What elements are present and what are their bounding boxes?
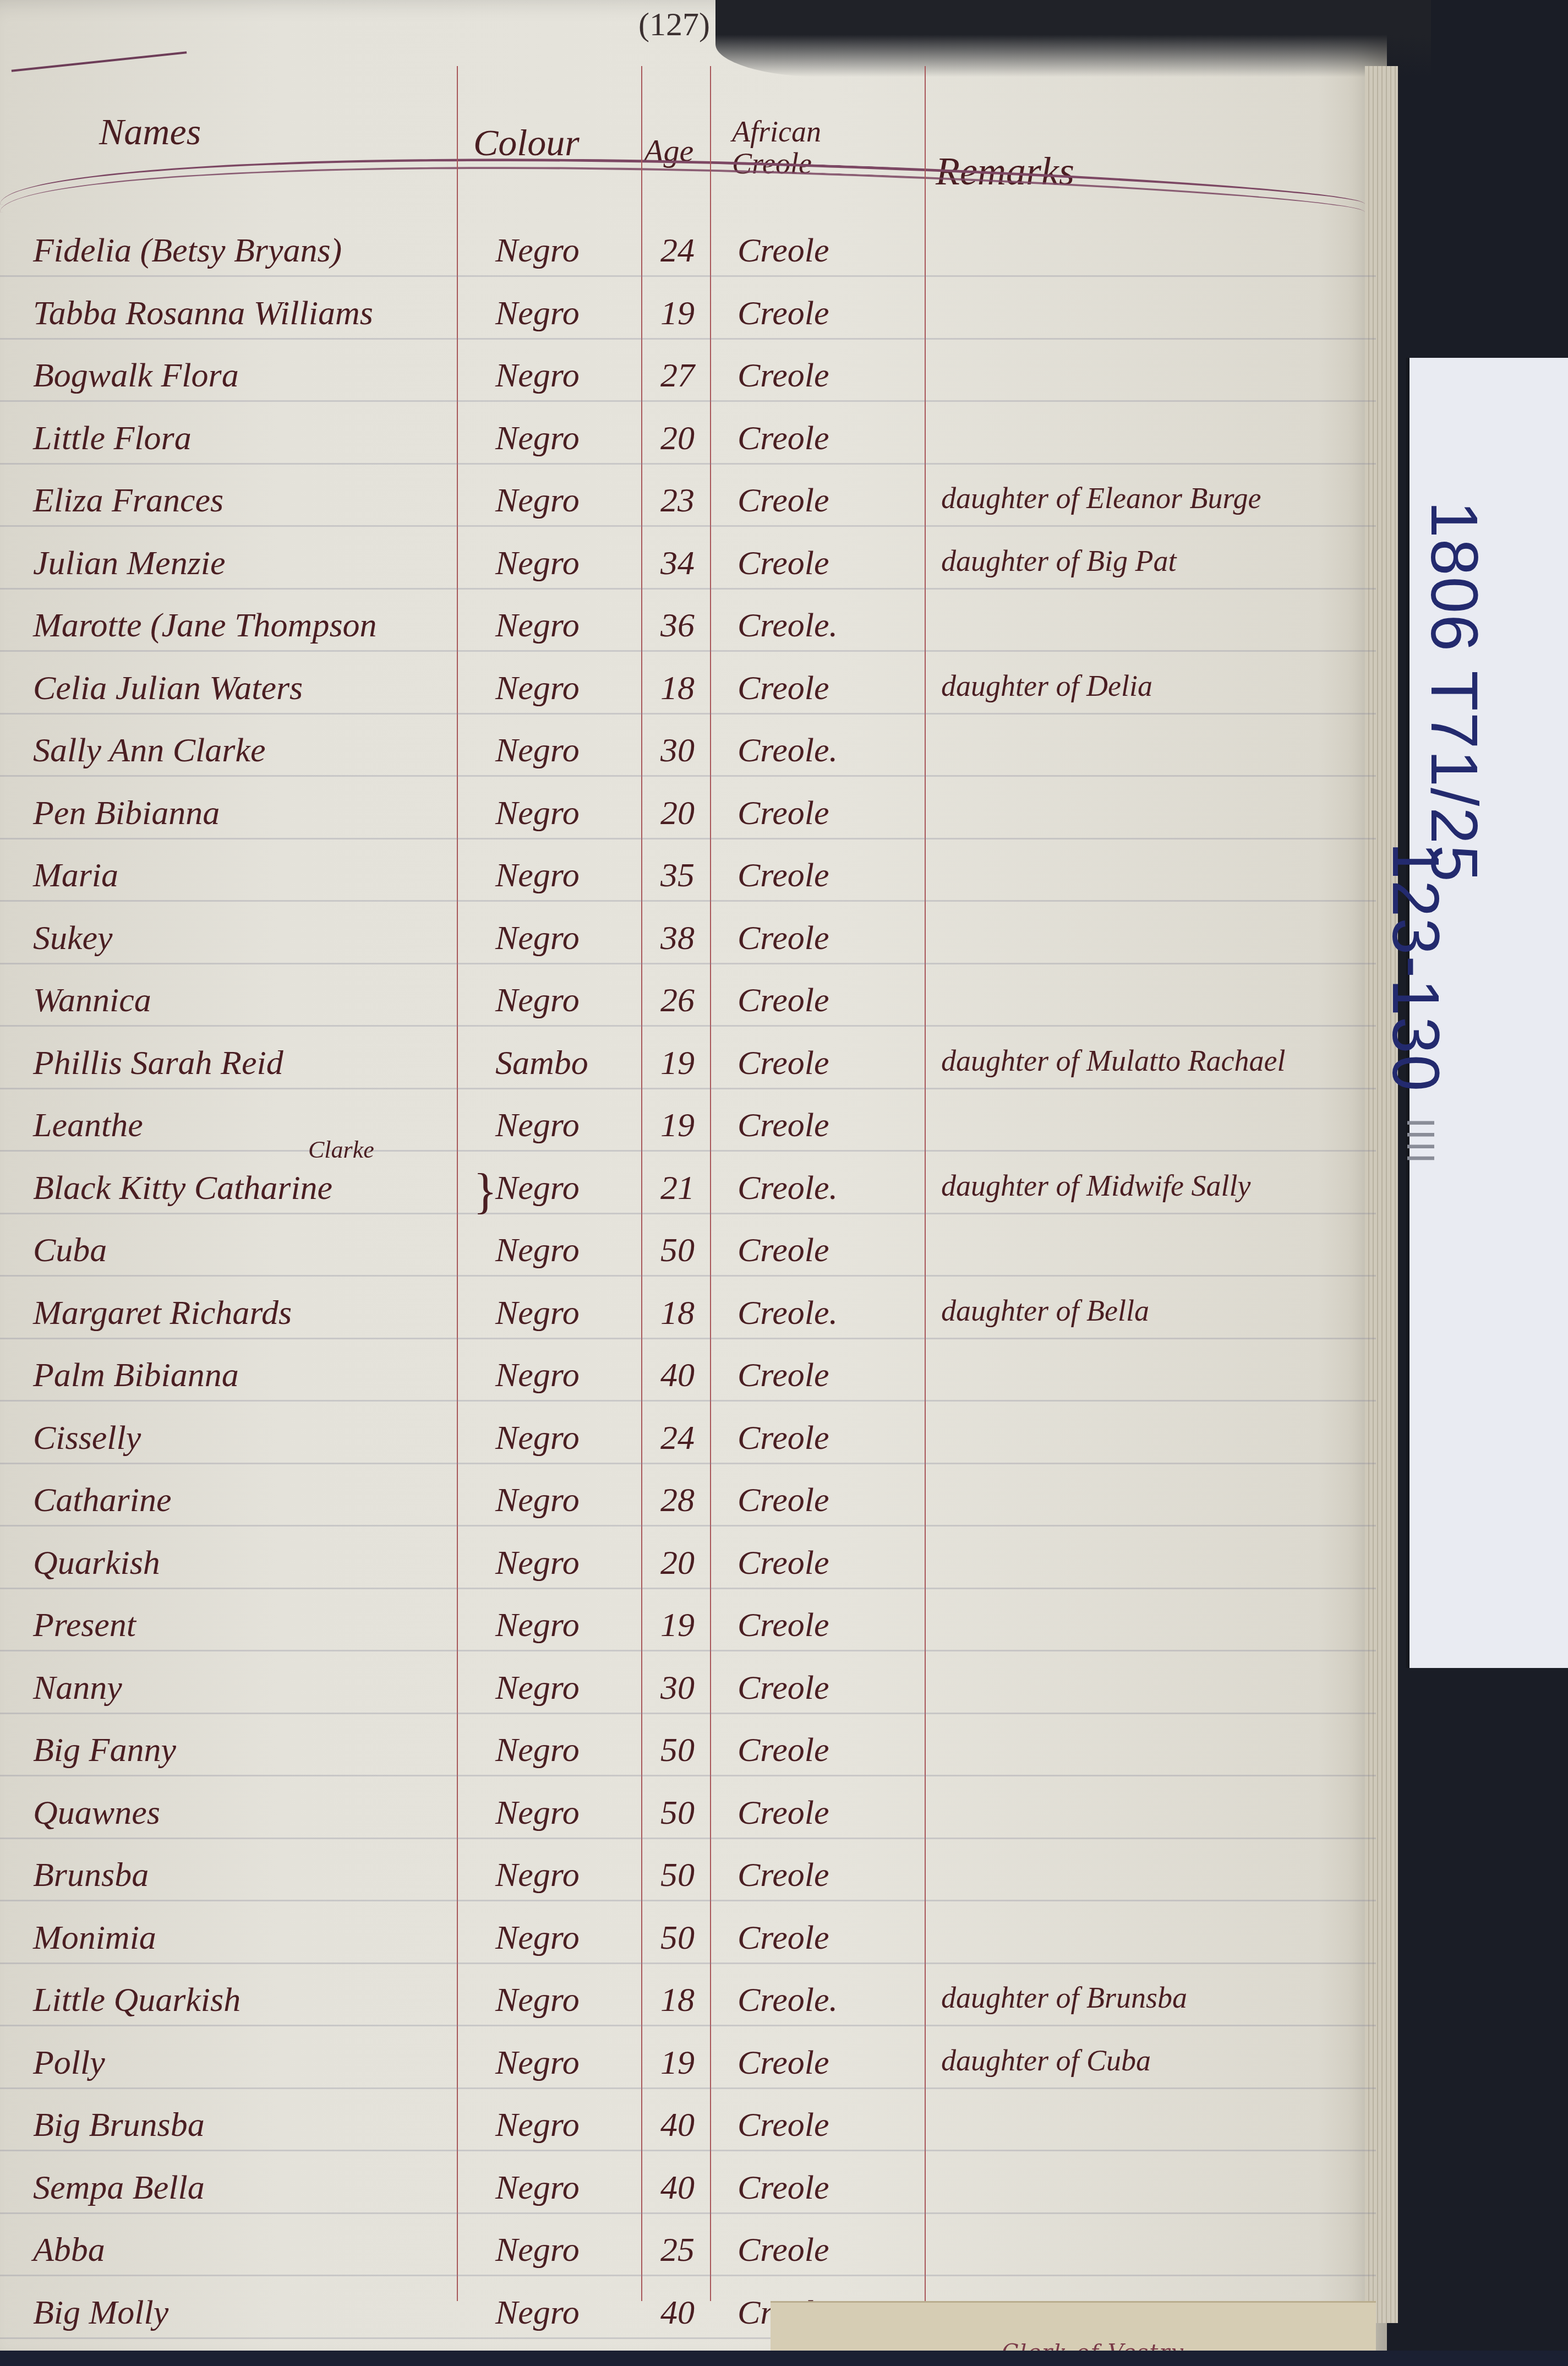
entry-name: Little Quarkish (33, 1981, 241, 2020)
page-torn-top (715, 0, 1431, 77)
entry-colour: Negro (495, 606, 580, 645)
entry-name: Palm Bibianna (33, 1356, 239, 1395)
entry-age: 50 (660, 1231, 695, 1270)
entry-colour: Negro (495, 1856, 580, 1895)
table-row: WannicaNegro26Creole (0, 981, 1376, 1042)
entry-name: Polly (33, 2043, 105, 2082)
table-row: Palm BibiannaNegro40Creole (0, 1356, 1376, 1416)
entry-age: 40 (660, 2106, 695, 2145)
entry-name: Big Molly (33, 2293, 168, 2332)
entry-remark: daughter of Midwife Sally (941, 1169, 1250, 1203)
page-number: (127) (638, 6, 710, 43)
entry-origin: Creole (737, 2106, 829, 2145)
entry-name: Black Kitty Catharine (33, 1169, 332, 1208)
entry-age: 20 (660, 419, 695, 458)
table-row: CatharineNegro28Creole (0, 1481, 1376, 1541)
entry-name: Wannica (33, 981, 151, 1020)
entry-origin: Creole (737, 2168, 829, 2207)
entry-colour: Negro (495, 2293, 580, 2332)
entry-colour: Negro (495, 1231, 580, 1270)
entry-colour: Negro (495, 419, 580, 458)
entry-age: 18 (660, 1294, 695, 1333)
table-row: Julian MenzieNegro34Creoledaughter of Bi… (0, 544, 1376, 604)
entry-remark: daughter of Bella (941, 1294, 1149, 1328)
entry-name: Tabba Rosanna Williams (33, 294, 373, 333)
table-row: Sempa BellaNegro40Creole (0, 2168, 1376, 2229)
entry-age: 19 (660, 1044, 695, 1083)
entry-origin: Creole (737, 544, 829, 583)
entry-age: 50 (660, 1731, 695, 1770)
entry-origin: Creole (737, 1669, 829, 1708)
entry-colour: Negro (495, 1669, 580, 1708)
table-row: Marotte (Jane ThompsonNegro36Creole. (0, 606, 1376, 667)
entry-colour: Negro (495, 2168, 580, 2207)
entry-age: 34 (660, 544, 695, 583)
table-row: Big FannyNegro50Creole (0, 1731, 1376, 1791)
entry-origin: Creole (737, 1731, 829, 1770)
entry-colour: Negro (495, 919, 580, 958)
entry-name: Eliza Frances (33, 481, 223, 520)
entry-origin: Creole (737, 919, 829, 958)
entry-name: Cuba (33, 1231, 107, 1270)
entry-origin: Creole (737, 2231, 829, 2270)
entry-origin: Creole. (737, 731, 838, 770)
column-header-names: Names (99, 110, 201, 154)
header-flourish (12, 51, 187, 72)
table-row: Little FloraNegro20Creole (0, 419, 1376, 479)
entry-origin: Creole (737, 856, 829, 895)
entry-origin: Creole. (737, 1981, 838, 2020)
entry-colour: Negro (495, 1481, 580, 1520)
register-page: (127) Names Colour Age African Creole Re… (0, 0, 1387, 2366)
entry-colour: Negro (495, 2043, 580, 2082)
entry-remark: daughter of Big Pat (941, 544, 1176, 578)
entry-colour: Negro (495, 231, 580, 270)
table-row: BrunsbaNegro50Creole (0, 1856, 1376, 1916)
entry-age: 35 (660, 856, 695, 895)
entry-name: Present (33, 1606, 136, 1645)
entry-name: Maria (33, 856, 118, 895)
entry-colour: Negro (495, 794, 580, 833)
table-row: Margaret RichardsNegro18Creole.daughter … (0, 1294, 1376, 1354)
entry-origin: Creole (737, 1606, 829, 1645)
entry-colour: Negro (495, 1356, 580, 1395)
entry-name: Quawnes (33, 1793, 160, 1833)
entry-age: 27 (660, 356, 695, 395)
table-row: SukeyNegro38Creole (0, 919, 1376, 979)
entry-name: Sally Ann Clarke (33, 731, 265, 770)
entry-origin: Creole (737, 231, 829, 270)
entry-age: 50 (660, 1856, 695, 1895)
entry-colour: Negro (495, 731, 580, 770)
entry-name: Marotte (Jane Thompson (33, 606, 377, 645)
table-row: Bogwalk FloraNegro27Creole (0, 356, 1376, 417)
entry-remark: daughter of Brunsba (941, 1981, 1187, 2015)
entry-age: 24 (660, 1419, 695, 1458)
entry-age: 18 (660, 669, 695, 708)
entry-age: 23 (660, 481, 695, 520)
entry-name: Pen Bibianna (33, 794, 220, 833)
background-surface (0, 2351, 1568, 2366)
entry-colour: Negro (495, 1606, 580, 1645)
entry-colour: Negro (495, 1106, 580, 1145)
entry-colour: Negro (495, 2231, 580, 2270)
entry-age: 20 (660, 794, 695, 833)
table-row: Celia Julian WatersNegro18Creoledaughter… (0, 669, 1376, 729)
entry-origin: Creole. (737, 606, 838, 645)
entry-name: Fidelia (Betsy Bryans) (33, 231, 342, 270)
entry-name: Abba (33, 2231, 105, 2270)
entry-age: 19 (660, 1106, 695, 1145)
table-row: QuawnesNegro50Creole (0, 1793, 1376, 1854)
entry-name: Big Brunsba (33, 2106, 205, 2145)
entry-origin: Creole (737, 1231, 829, 1270)
entry-origin: Creole (737, 2043, 829, 2082)
entry-name: Brunsba (33, 1856, 149, 1895)
table-row: Eliza FrancesNegro23Creoledaughter of El… (0, 481, 1376, 542)
entry-origin: Creole. (737, 1294, 838, 1333)
table-row: Phillis Sarah ReidSambo19Creoledaughter … (0, 1044, 1376, 1104)
entry-remark: daughter of Delia (941, 669, 1152, 703)
archive-reference: 1806 T71/25 (1416, 501, 1492, 883)
entry-name: Celia Julian Waters (33, 669, 303, 708)
entry-name: Phillis Sarah Reid (33, 1044, 283, 1083)
table-row: PollyNegro19Creoledaughter of Cuba (0, 2043, 1376, 2104)
entry-colour: Negro (495, 669, 580, 708)
entry-origin: Creole (737, 669, 829, 708)
entry-origin: Creole (737, 1106, 829, 1145)
table-row: Sally Ann ClarkeNegro30Creole. (0, 731, 1376, 792)
entry-colour: Negro (495, 294, 580, 333)
entry-age: 20 (660, 1544, 695, 1583)
entry-age: 19 (660, 294, 695, 333)
entry-colour: Negro (495, 1294, 580, 1333)
entry-origin: Creole (737, 1856, 829, 1895)
entry-name: Margaret Richards (33, 1294, 292, 1333)
entry-colour: Negro (495, 981, 580, 1020)
archive-pencil-mark: IIII (1398, 1117, 1443, 1165)
table-row: QuarkishNegro20Creole (0, 1544, 1376, 1604)
entry-origin: Creole (737, 481, 829, 520)
table-row: Black Kitty CatharineNegro21Creole.daugh… (0, 1169, 1376, 1229)
entry-name: Cisselly (33, 1419, 141, 1458)
entry-name: Nanny (33, 1669, 122, 1708)
table-row: MonimiaNegro50Creole (0, 1918, 1376, 1979)
entry-name: Sukey (33, 919, 113, 958)
entry-origin: Creole (737, 1918, 829, 1958)
entry-age: 28 (660, 1481, 695, 1520)
entry-colour: Sambo (495, 1044, 588, 1083)
table-row: Big BrunsbaNegro40Creole (0, 2106, 1376, 2166)
entry-age: 40 (660, 2293, 695, 2332)
entry-origin: Creole (737, 1481, 829, 1520)
table-row: AbbaNegro25Creole (0, 2231, 1376, 2291)
entry-origin: Creole (737, 794, 829, 833)
entry-age: 25 (660, 2231, 695, 2270)
table-row: Little QuarkishNegro18Creole.daughter of… (0, 1981, 1376, 2041)
entry-colour: Negro (495, 1981, 580, 2020)
entry-age: 38 (660, 919, 695, 958)
table-row: Tabba Rosanna WilliamsNegro19Creole (0, 294, 1376, 355)
entry-name-interlinear: Clarke (308, 1136, 374, 1164)
entry-origin: Creole (737, 1356, 829, 1395)
entry-age: 40 (660, 1356, 695, 1395)
entry-age: 50 (660, 1793, 695, 1833)
entry-colour: Negro (495, 1731, 580, 1770)
entry-origin: Creole. (737, 1169, 838, 1208)
entry-name: Catharine (33, 1481, 171, 1520)
entry-name: Leanthe (33, 1106, 143, 1145)
entry-colour: Negro (495, 481, 580, 520)
entry-origin: Creole (737, 981, 829, 1020)
table-row: CubaNegro50Creole (0, 1231, 1376, 1291)
table-row: Pen BibiannaNegro20Creole (0, 794, 1376, 854)
table-row: Fidelia (Betsy Bryans)Negro24Creole (0, 231, 1376, 292)
entry-name: Quarkish (33, 1544, 160, 1583)
entry-age: 50 (660, 1918, 695, 1958)
entry-remark: daughter of Cuba (941, 2043, 1151, 2078)
table-row: MariaNegro35Creole (0, 856, 1376, 917)
entry-age: 30 (660, 731, 695, 770)
entry-age: 36 (660, 606, 695, 645)
entry-remark: daughter of Mulatto Rachael (941, 1044, 1285, 1078)
entry-age: 19 (660, 1606, 695, 1645)
table-row: NannyNegro30Creole (0, 1669, 1376, 1729)
entry-remark: daughter of Eleanor Burge (941, 481, 1261, 515)
brace-mark: } (473, 1163, 497, 1220)
entry-age: 19 (660, 2043, 695, 2082)
table-row: PresentNegro19Creole (0, 1606, 1376, 1666)
column-header-colour: Colour (473, 121, 580, 165)
entry-age: 30 (660, 1669, 695, 1708)
archive-page-range: 123-130 (1378, 842, 1454, 1092)
entry-name: Little Flora (33, 419, 192, 458)
entry-age: 24 (660, 231, 695, 270)
entry-name: Bogwalk Flora (33, 356, 239, 395)
entry-colour: Negro (495, 2106, 580, 2145)
entry-name: Sempa Bella (33, 2168, 205, 2207)
entry-origin: Creole (737, 1419, 829, 1458)
entry-name: Monimia (33, 1918, 156, 1958)
entry-origin: Creole (737, 419, 829, 458)
table-row: CissellyNegro24Creole (0, 1419, 1376, 1479)
entry-colour: Negro (495, 1419, 580, 1458)
entry-colour: Negro (495, 1918, 580, 1958)
entry-origin: Creole (737, 1544, 829, 1583)
entry-origin: Creole (737, 294, 829, 333)
entry-age: 40 (660, 2168, 695, 2207)
entry-name: Julian Menzie (33, 544, 226, 583)
entry-name: Big Fanny (33, 1731, 176, 1770)
entry-colour: Negro (495, 544, 580, 583)
archive-label: 1806 T71/25 123-130 IIII (1406, 358, 1568, 1668)
entry-origin: Creole (737, 1793, 829, 1833)
entry-colour: Negro (495, 1793, 580, 1833)
entry-colour: Negro (495, 1544, 580, 1583)
entry-age: 26 (660, 981, 695, 1020)
entry-colour: Negro (495, 1169, 580, 1208)
entry-colour: Negro (495, 856, 580, 895)
entry-origin: Creole (737, 356, 829, 395)
entry-origin: Creole (737, 1044, 829, 1083)
entry-colour: Negro (495, 356, 580, 395)
entry-age: 21 (660, 1169, 695, 1208)
entry-age: 18 (660, 1981, 695, 2020)
table-row: LeantheNegro19Creole (0, 1106, 1376, 1166)
